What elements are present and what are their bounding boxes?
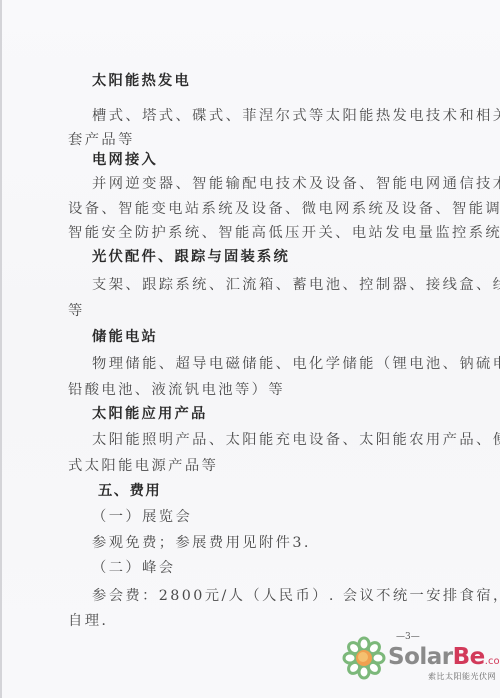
section-heading-grid-access: 电网接入	[92, 153, 158, 167]
paragraph-line: 智能安全防护系统、智能高低压开关、电站发电量监控系统等	[68, 226, 500, 240]
paragraph-line: 铅酸电池、液流钒电池等）等	[68, 383, 285, 397]
brand-subtitle: 索比太阳能光伏网	[428, 671, 496, 682]
paragraph-line: 套产品等	[68, 133, 135, 147]
paragraph-line: 物理储能、超导电磁储能、电化学储能（锂电池、钠硫电池、	[92, 357, 500, 371]
paragraph-line: 太阳能照明产品、太阳能充电设备、太阳能农用产品、便携	[92, 433, 500, 447]
paragraph-line: 设备、智能变电站系统及设备、微电网系统及设备、智能调度、	[68, 202, 500, 216]
exhibition-heading: （一）展览会	[92, 510, 192, 524]
paragraph-line: 槽式、塔式、碟式、菲涅尔式等太阳能热发电技术和相关配	[92, 109, 500, 123]
section-heading-solar-thermal: 太阳能热发电	[92, 74, 191, 88]
exhibition-fee-text: 参观免费；参展费用见附件3.	[92, 536, 311, 550]
brand-solar: Solar	[388, 644, 453, 670]
section-heading-pv-accessories: 光伏配件、跟踪与固装系统	[92, 250, 290, 264]
solarbe-watermark-logo: SolarBe.com 索比太阳能光伏网	[342, 636, 500, 686]
flower-logo-icon	[342, 636, 386, 680]
brand-be: Be	[453, 644, 485, 670]
brand-wordmark: SolarBe.com	[388, 646, 500, 669]
summit-heading: （二）峰会	[92, 561, 175, 575]
section-heading-solar-products: 太阳能应用产品	[92, 407, 207, 421]
fees-heading: 五、费用	[98, 484, 161, 498]
document-page: 太阳能热发电 槽式、塔式、碟式、菲涅尔式等太阳能热发电技术和相关配 套产品等 电…	[0, 0, 500, 698]
paragraph-line: 支架、跟踪系统、汇流箱、蓄电池、控制器、接线盒、线缆	[92, 278, 500, 292]
paragraph-line: 等	[68, 304, 85, 318]
paragraph-line: 并网逆变器、智能输配电技术及设备、智能电网通信技术及	[92, 177, 500, 191]
brand-com: .com	[485, 656, 500, 667]
section-heading-energy-storage: 储能电站	[92, 330, 158, 344]
paragraph-line: 自理.	[68, 614, 108, 628]
paragraph-line: 式太阳能电源产品等	[68, 459, 218, 473]
paragraph-line: 参会费：2800元/人（人民币）. 会议不统一安排食宿，费用	[92, 589, 500, 603]
